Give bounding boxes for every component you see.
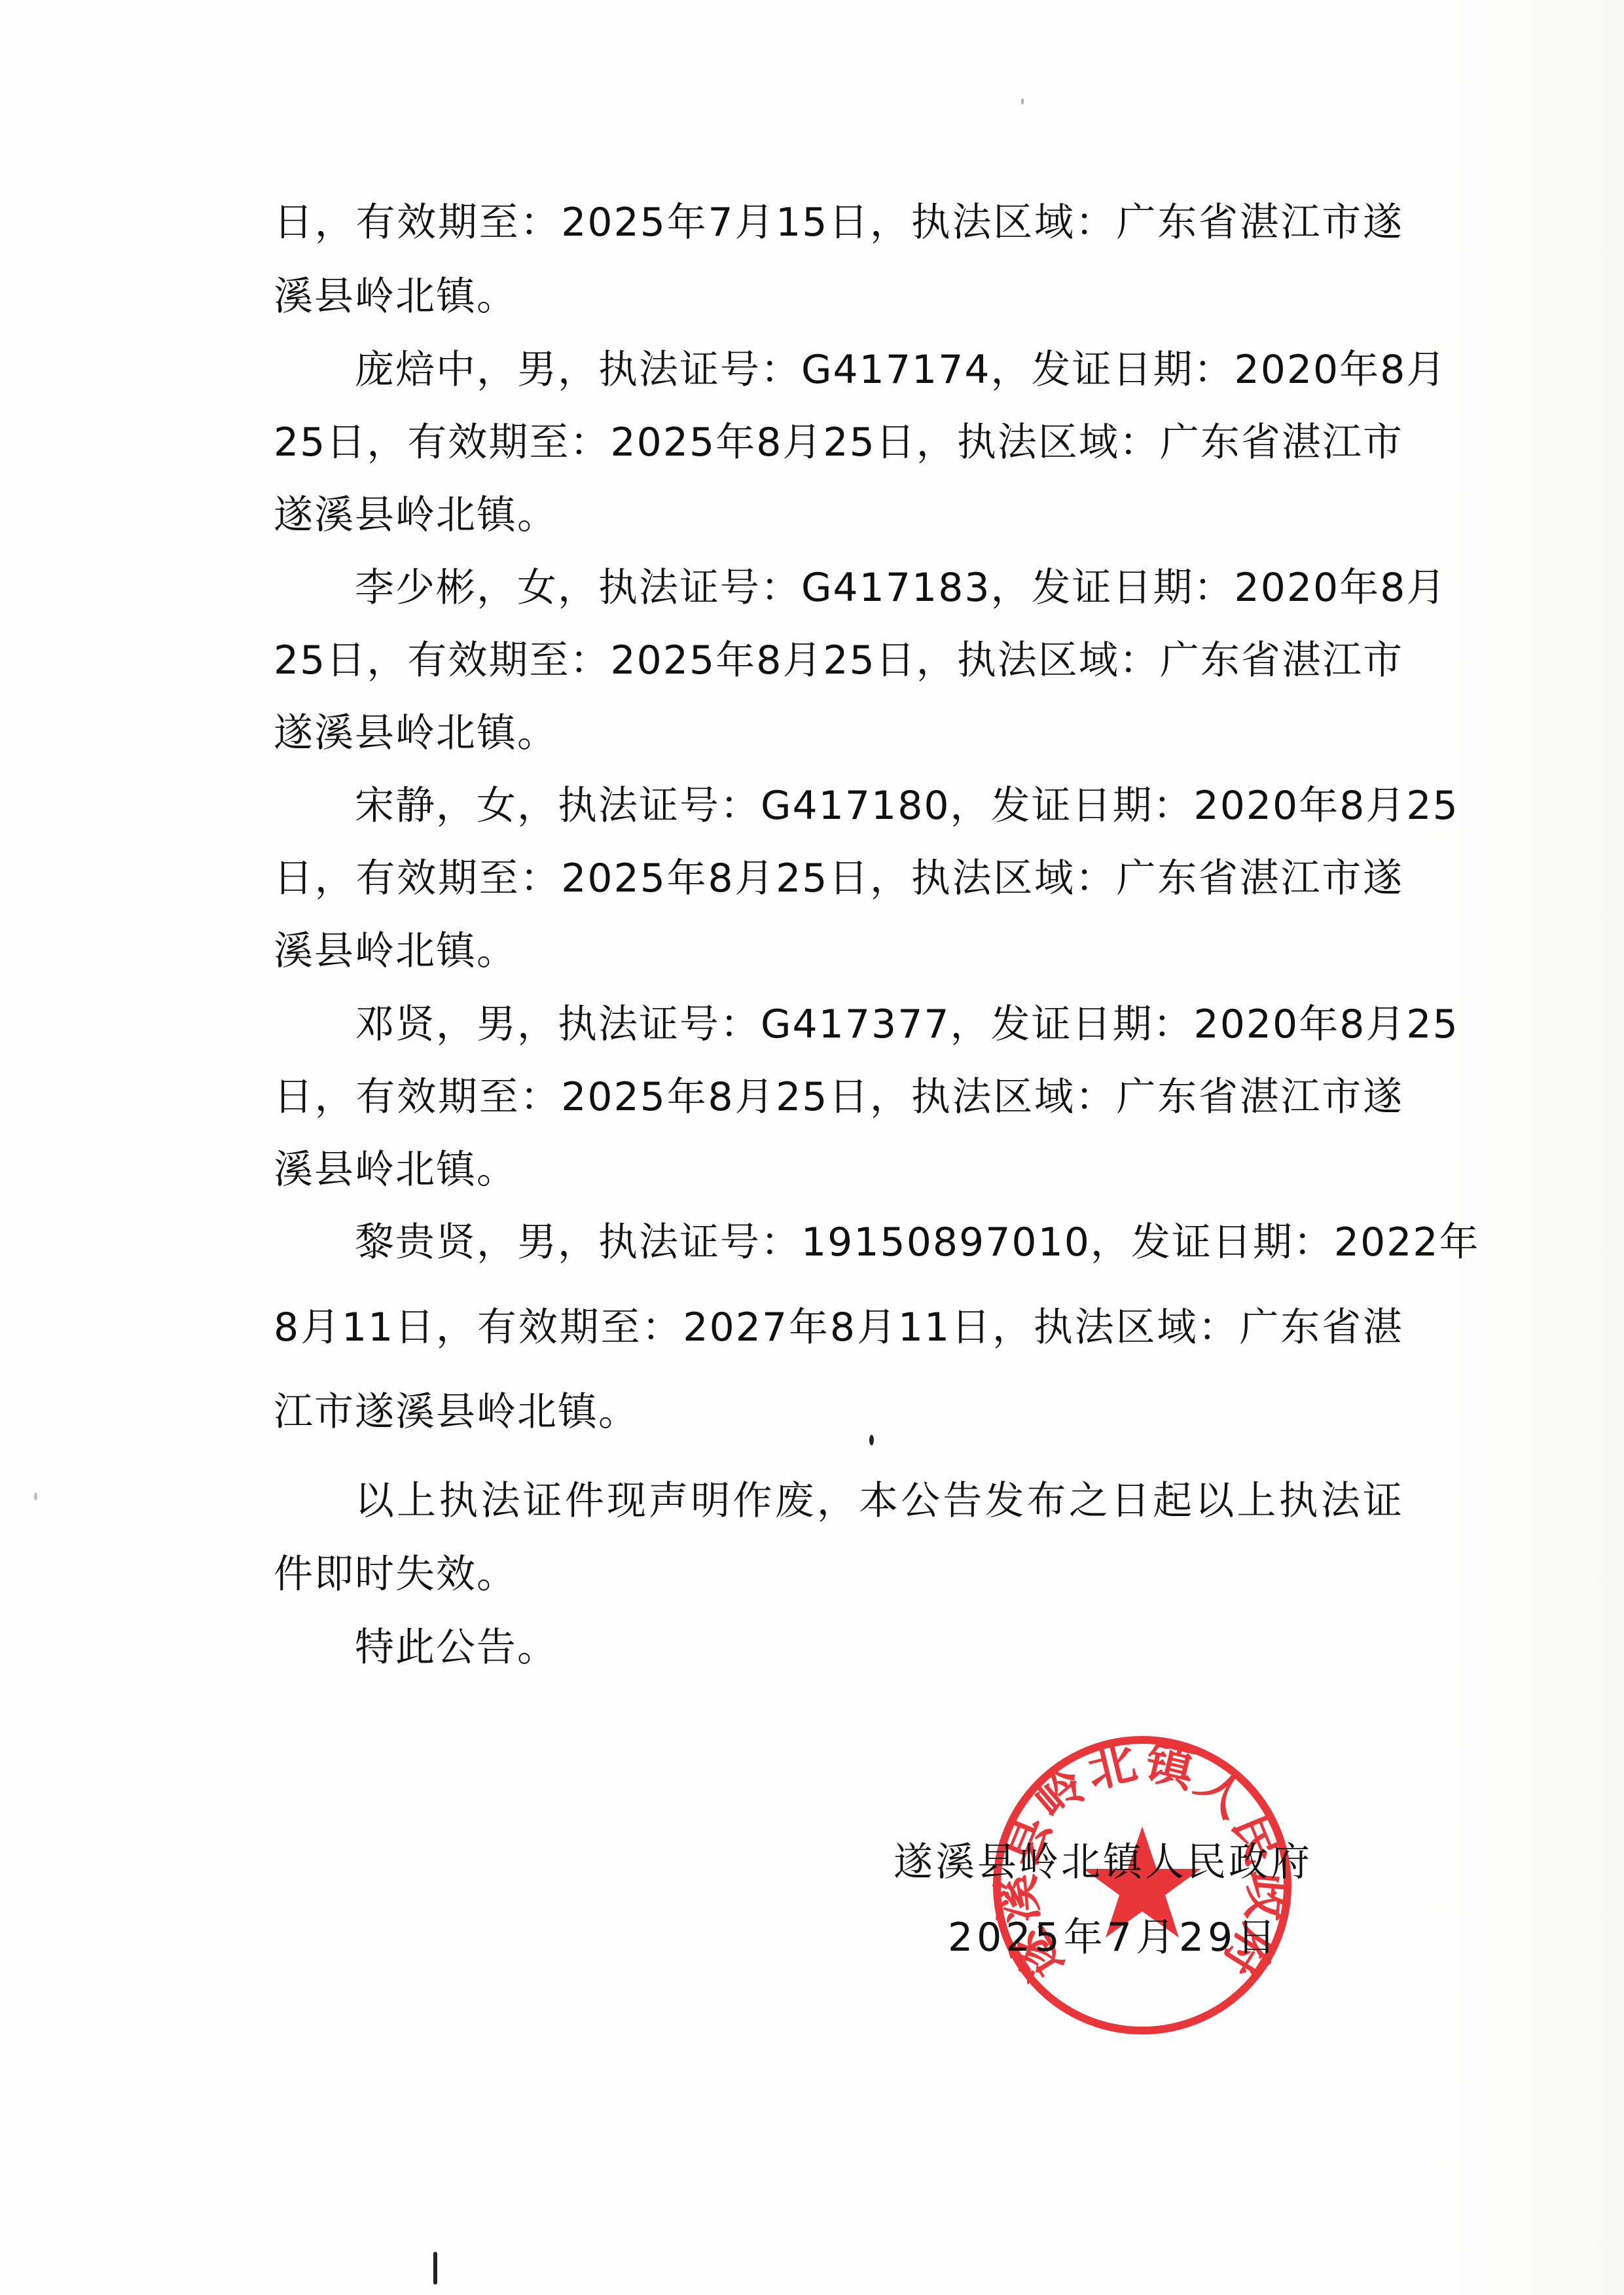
signing-date: 2025年7月29日 bbox=[948, 1915, 1280, 1961]
entry-line: 溪县岭北镇。 bbox=[274, 1147, 517, 1193]
entry-line: 25日，有效期至：2025年8月25日，执法区域：广东省湛江市 bbox=[274, 420, 1403, 465]
declaration-line: 以上执法证件现声明作废，本公告发布之日起以上执法证 bbox=[355, 1478, 1403, 1524]
closing-formula: 特此公告。 bbox=[355, 1625, 558, 1671]
declaration-line: 件即时失效。 bbox=[274, 1551, 517, 1597]
scan-speck bbox=[1021, 98, 1024, 105]
entry-line: 李少彬，女，执法证号：G417183，发证日期：2020年8月 bbox=[355, 565, 1403, 611]
entry-line: 日，有效期至：2025年8月25日，执法区域：广东省湛江市遂 bbox=[274, 1074, 1403, 1120]
continuation-line: 日，有效期至：2025年7月15日，执法区域：广东省湛江市遂 bbox=[274, 200, 1403, 245]
entry-line: 黎贵贤，男，执法证号：19150897010，发证日期：2022年 bbox=[355, 1220, 1403, 1265]
entry-line: 邓贤，男，执法证号：G417377，发证日期：2020年8月25 bbox=[355, 1002, 1403, 1047]
signing-organization: 遂溪县岭北镇人民政府 bbox=[893, 1839, 1312, 1885]
entry-line: 遂溪县岭北镇。 bbox=[274, 492, 558, 538]
document-page: 日，有效期至：2025年7月15日，执法区域：广东省湛江市遂 溪县岭北镇。 庞焙… bbox=[0, 0, 1624, 2295]
scan-speck bbox=[869, 1435, 874, 1445]
continuation-line: 溪县岭北镇。 bbox=[274, 274, 517, 319]
entry-line: 8月11日，有效期至：2027年8月11日，执法区域：广东省湛 bbox=[274, 1305, 1403, 1350]
scan-shading bbox=[1415, 0, 1624, 2295]
entry-line: 宋静，女，执法证号：G417180，发证日期：2020年8月25 bbox=[355, 783, 1403, 829]
entry-line: 庞焙中，男，执法证号：G417174，发证日期：2020年8月 bbox=[355, 347, 1403, 393]
entry-line: 遂溪县岭北镇。 bbox=[274, 710, 558, 756]
scan-speck bbox=[433, 2252, 437, 2285]
entry-line: 日，有效期至：2025年8月25日，执法区域：广东省湛江市遂 bbox=[274, 856, 1403, 901]
entry-line: 江市遂溪县岭北镇。 bbox=[274, 1389, 639, 1435]
entry-line: 溪县岭北镇。 bbox=[274, 928, 517, 974]
entry-line: 25日，有效期至：2025年8月25日，执法区域：广东省湛江市 bbox=[274, 638, 1403, 683]
scan-speck bbox=[34, 1492, 37, 1500]
official-seal-icon: 遂溪县岭北镇人民政府 bbox=[985, 1728, 1299, 2042]
